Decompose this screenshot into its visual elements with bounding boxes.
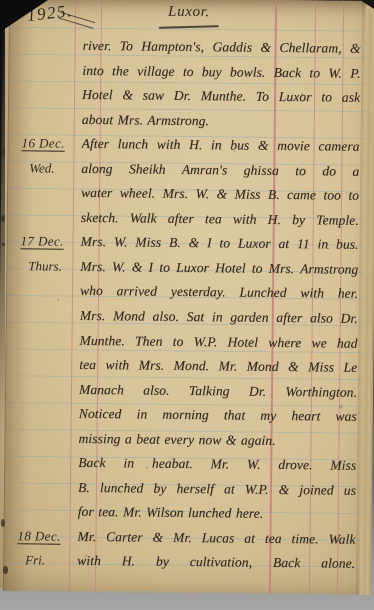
journal-line: Manach also. Talking Dr. Worthington. <box>79 378 357 405</box>
entry-day: Wed. <box>21 156 81 181</box>
journal-line: After lunch with H. in bus & movie camer… <box>81 132 359 159</box>
journal-line: about Mrs. Armstrong. <box>82 108 360 135</box>
journal-line: into the village to buy bowls. Back to W… <box>82 58 360 85</box>
page-edge-ink-fragment <box>1 215 5 222</box>
journal-line: Munthe. Then to W.P. Hotel where we had <box>79 328 357 355</box>
page-title: Luxor. <box>141 4 237 22</box>
page-edge-ink-fragment <box>2 243 5 246</box>
entry-lines: Mr. Carter & Mr. Lucas at tea time. Walk… <box>77 525 355 577</box>
journal-line: tea with Mrs. Mond. Mr. Mond & Miss Le <box>79 353 357 380</box>
entry-margin: 18 Dec.Fri. <box>17 524 78 574</box>
journal-entry: river. To Hampton's, Gaddis & Chellaram,… <box>22 33 363 135</box>
page-edge-ink-fragment <box>1 519 5 527</box>
journal-line: Mrs. W. & I to Luxor Hotel to Mrs. Armst… <box>80 255 358 282</box>
journal-entry: 17 Dec.Thurs.Mrs. W. Miss B. & I to Luxo… <box>18 230 361 528</box>
journal-line: along Sheikh Amran's ghissa to do a <box>81 157 359 184</box>
entry-margin: 16 Dec.Wed. <box>21 131 82 230</box>
journal-line: Noticed in morning that my heart was <box>79 402 357 429</box>
journal-line: sketch. Walk after tea with H. by Temple… <box>81 206 359 233</box>
entry-day: Fri. <box>17 549 77 574</box>
entry-lines: Mrs. W. Miss B. & I to Luxor at 11 in bu… <box>78 230 359 527</box>
journal-entries: river. To Hampton's, Gaddis & Chellaram,… <box>17 33 363 577</box>
journal-entry: 18 Dec.Fri.Mr. Carter & Mr. Lucas at tea… <box>17 524 357 577</box>
diary-page: 1925. Luxor. river. To Hampton's, Gaddis… <box>0 0 374 595</box>
journal-line: for tea. Mr. Wilson lunched here. <box>78 500 356 527</box>
journal-line: missing a beat every now & again. <box>78 427 356 454</box>
entry-day: Thurs. <box>20 254 80 279</box>
page-edge-ink-fragment <box>1 148 5 156</box>
entry-date-slot: 18 Dec. <box>17 524 77 549</box>
journal-line: Mrs. Mond also. Sat in garden after also… <box>80 304 358 331</box>
journal-line: Mr. Carter & Mr. Lucas at tea time. Walk <box>77 525 355 552</box>
entry-date: 16 Dec. <box>22 135 65 150</box>
journal-line: who arrived yesterday. Lunched with her. <box>80 279 358 306</box>
entry-lines: After lunch with H. in bus & movie camer… <box>81 132 360 233</box>
entry-date-slot: 17 Dec. <box>20 230 80 255</box>
journal-line: river. To Hampton's, Gaddis & Chellaram,… <box>82 34 360 61</box>
journal-line: with H. by cultivation, Back alone. <box>77 549 355 576</box>
entry-lines: river. To Hampton's, Gaddis & Chellaram,… <box>82 34 361 135</box>
entry-margin <box>22 33 83 132</box>
entry-date: 18 Dec. <box>17 528 60 543</box>
diary-photo: { "page": { "year": "1925.", "title": "L… <box>0 0 374 610</box>
entry-date-slot: 16 Dec. <box>21 131 81 156</box>
entry-margin: 17 Dec.Thurs. <box>18 230 81 525</box>
journal-line: Mrs. W. Miss B. & I to Luxor at 11 in bu… <box>80 230 358 257</box>
entry-date: 17 Dec. <box>20 234 63 249</box>
journal-line: water wheel. Mrs. W. & Miss B. came too … <box>81 181 359 208</box>
photo-corner-shadow <box>0 0 48 32</box>
journal-entry: 16 Dec.Wed.After lunch with H. in bus & … <box>21 131 362 233</box>
page-edge-ink-fragment <box>3 566 8 574</box>
journal-line: Hotel & saw Dr. Munthe. To Luxor to ask <box>82 83 360 110</box>
journal-line: B. lunched by herself at W.P. & joined u… <box>78 476 356 503</box>
journal-line: Back in heabat. Mr. W. drove. Miss <box>78 451 356 478</box>
photo-corner-shadow <box>360 0 374 9</box>
